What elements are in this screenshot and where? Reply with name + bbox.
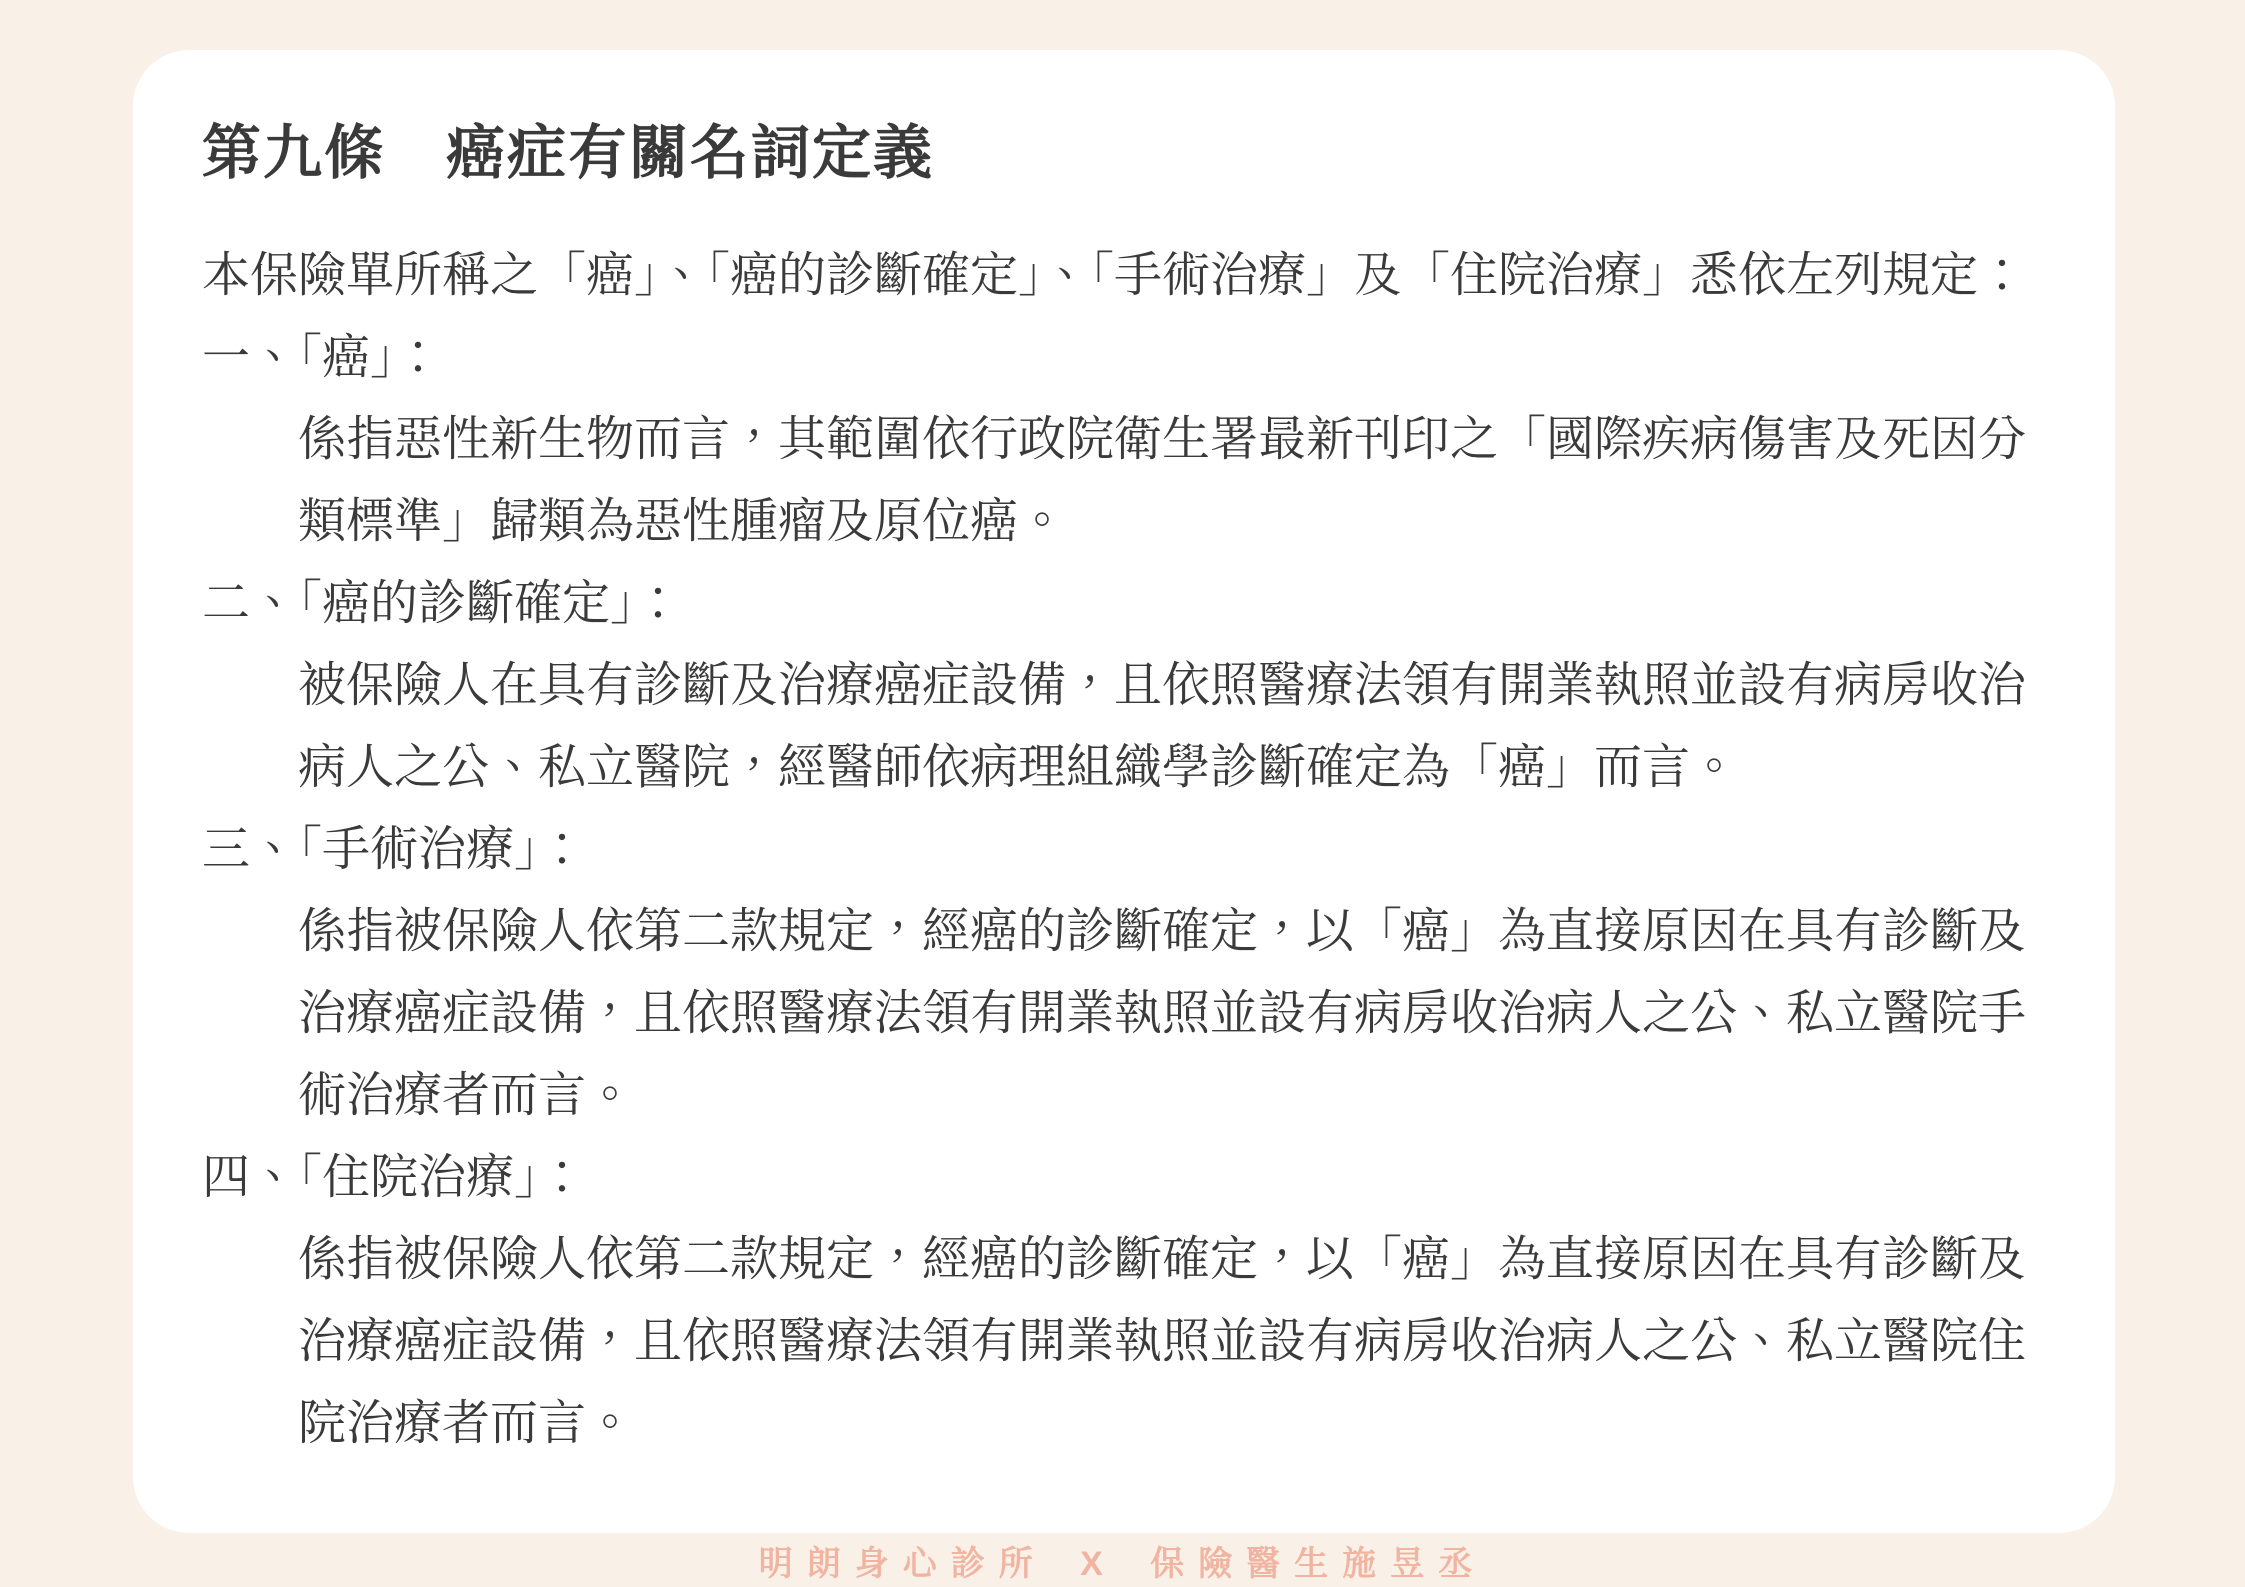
footer-branding-text: 明朗身心診所 X 保險醫生施昱丞 (759, 1536, 1487, 1585)
item-line: 係指被保險人依第二款規定，經癌的診斷確定，以「癌」為直接原因在具有診斷及 (202, 891, 2046, 973)
intro-paragraph: 本保險單所稱之「癌」、「癌的診斷確定」、「手術治療」及「住院治療」悉依左列規定： (202, 235, 2046, 317)
item-label: 三、「手術治療」： (202, 809, 2046, 891)
footer: 明朗身心診所 X 保險醫生施昱丞 (0, 1533, 2245, 1587)
item-line: 院治療者而言。 (202, 1383, 2046, 1465)
item-line: 病人之公、私立醫院，經醫師依病理組織學診斷確定為「癌」而言。 (202, 727, 2046, 809)
page-title: 第九條 癌症有關名詞定義 (202, 118, 2046, 189)
item-label: 一、「癌」： (202, 317, 2046, 399)
document-card: 第九條 癌症有關名詞定義 本保險單所稱之「癌」、「癌的診斷確定」、「手術治療」及… (133, 50, 2115, 1533)
item-label: 二、「癌的診斷確定」： (202, 563, 2046, 645)
item-line: 係指被保險人依第二款規定，經癌的診斷確定，以「癌」為直接原因在具有診斷及 (202, 1219, 2046, 1301)
definition-item-3: 三、「手術治療」： 係指被保險人依第二款規定，經癌的診斷確定，以「癌」為直接原因… (202, 809, 2046, 1137)
item-line: 被保險人在具有診斷及治療癌症設備，且依照醫療法領有開業執照並設有病房收治 (202, 645, 2046, 727)
page-background: 第九條 癌症有關名詞定義 本保險單所稱之「癌」、「癌的診斷確定」、「手術治療」及… (0, 0, 2245, 1587)
item-line: 術治療者而言。 (202, 1055, 2046, 1137)
item-line: 治療癌症設備，且依照醫療法領有開業執照並設有病房收治病人之公、私立醫院住 (202, 1301, 2046, 1383)
item-line: 係指惡性新生物而言，其範圍依行政院衛生署最新刊印之「國際疾病傷害及死因分 (202, 399, 2046, 481)
item-label: 四、「住院治療」： (202, 1137, 2046, 1219)
item-line: 治療癌症設備，且依照醫療法領有開業執照並設有病房收治病人之公、私立醫院手 (202, 973, 2046, 1055)
item-line: 類標準」歸類為惡性腫瘤及原位癌。 (202, 481, 2046, 563)
definition-item-2: 二、「癌的診斷確定」： 被保險人在具有診斷及治療癌症設備，且依照醫療法領有開業執… (202, 563, 2046, 809)
definition-item-4: 四、「住院治療」： 係指被保險人依第二款規定，經癌的診斷確定，以「癌」為直接原因… (202, 1137, 2046, 1465)
definition-item-1: 一、「癌」： 係指惡性新生物而言，其範圍依行政院衛生署最新刊印之「國際疾病傷害及… (202, 317, 2046, 563)
document-body: 本保險單所稱之「癌」、「癌的診斷確定」、「手術治療」及「住院治療」悉依左列規定：… (202, 235, 2046, 1465)
